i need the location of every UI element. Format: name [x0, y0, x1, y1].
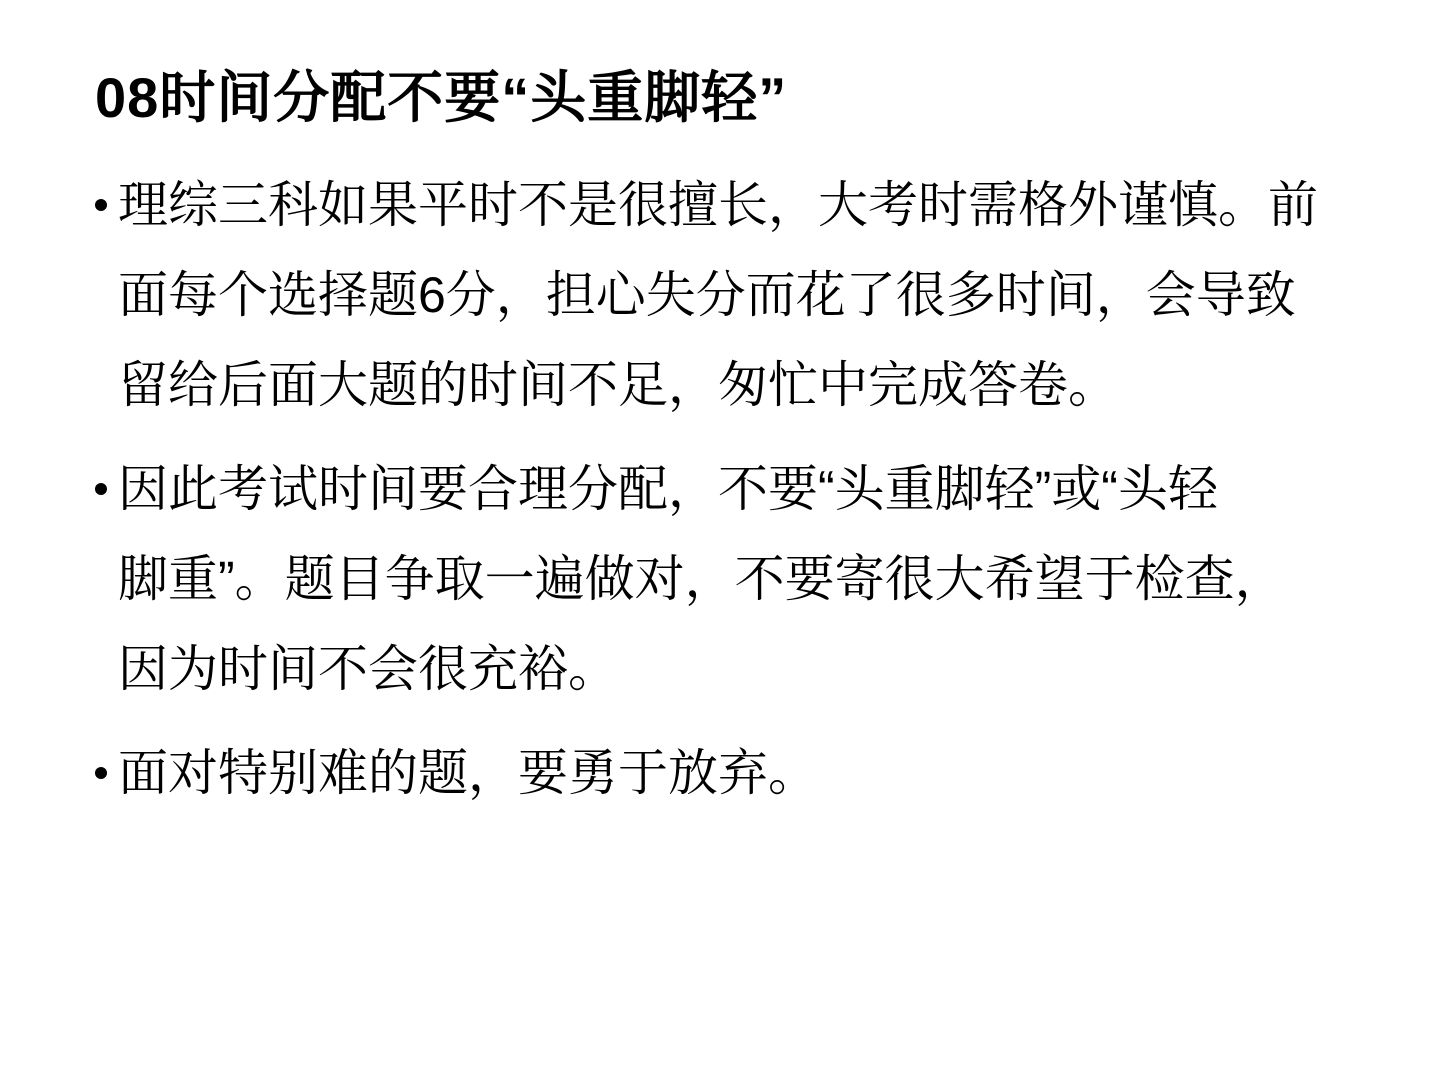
- bullet-line: 面对特别难的题，要勇于放弃。: [118, 728, 818, 818]
- bullet-item: 理综三科如果平时不是很擅长，大考时需格外谨慎。前 面每个选择题6分，担心失分而花…: [95, 160, 1382, 430]
- bullet-marker-icon: [95, 767, 107, 779]
- bullet-line: 脚重”。题目争取一遍做对，不要寄很大希望于检查，: [118, 534, 1285, 624]
- bullet-item: 因此考试时间要合理分配，不要“头重脚轻”或“头轻 脚重”。题目争取一遍做对，不要…: [95, 444, 1382, 714]
- slide: 08时间分配不要“头重脚轻” 理综三科如果平时不是很擅长，大考时需格外谨慎。前 …: [0, 0, 1440, 1080]
- bullet-line: 因此考试时间要合理分配，不要“头重脚轻”或“头轻: [118, 444, 1285, 534]
- slide-content: 08时间分配不要“头重脚轻” 理综三科如果平时不是很擅长，大考时需格外谨慎。前 …: [0, 0, 1440, 818]
- bullet-text: 面对特别难的题，要勇于放弃。: [118, 728, 818, 818]
- bullet-text: 因此考试时间要合理分配，不要“头重脚轻”或“头轻 脚重”。题目争取一遍做对，不要…: [118, 444, 1285, 714]
- bullet-line: 留给后面大题的时间不足，匆忙中完成答卷。: [118, 340, 1318, 430]
- bullet-line: 理综三科如果平时不是很擅长，大考时需格外谨慎。前: [118, 160, 1318, 250]
- slide-title: 08时间分配不要“头重脚轻”: [95, 62, 1382, 134]
- bullet-item: 面对特别难的题，要勇于放弃。: [95, 728, 1382, 818]
- bullet-line: 因为时间不会很充裕。: [118, 624, 1285, 714]
- bullet-marker-icon: [95, 483, 107, 495]
- bullet-text: 理综三科如果平时不是很擅长，大考时需格外谨慎。前 面每个选择题6分，担心失分而花…: [118, 160, 1318, 430]
- bullet-marker-icon: [95, 199, 107, 211]
- bullet-list: 理综三科如果平时不是很擅长，大考时需格外谨慎。前 面每个选择题6分，担心失分而花…: [95, 160, 1382, 818]
- bullet-line: 面每个选择题6分，担心失分而花了很多时间，会导致: [118, 250, 1318, 340]
